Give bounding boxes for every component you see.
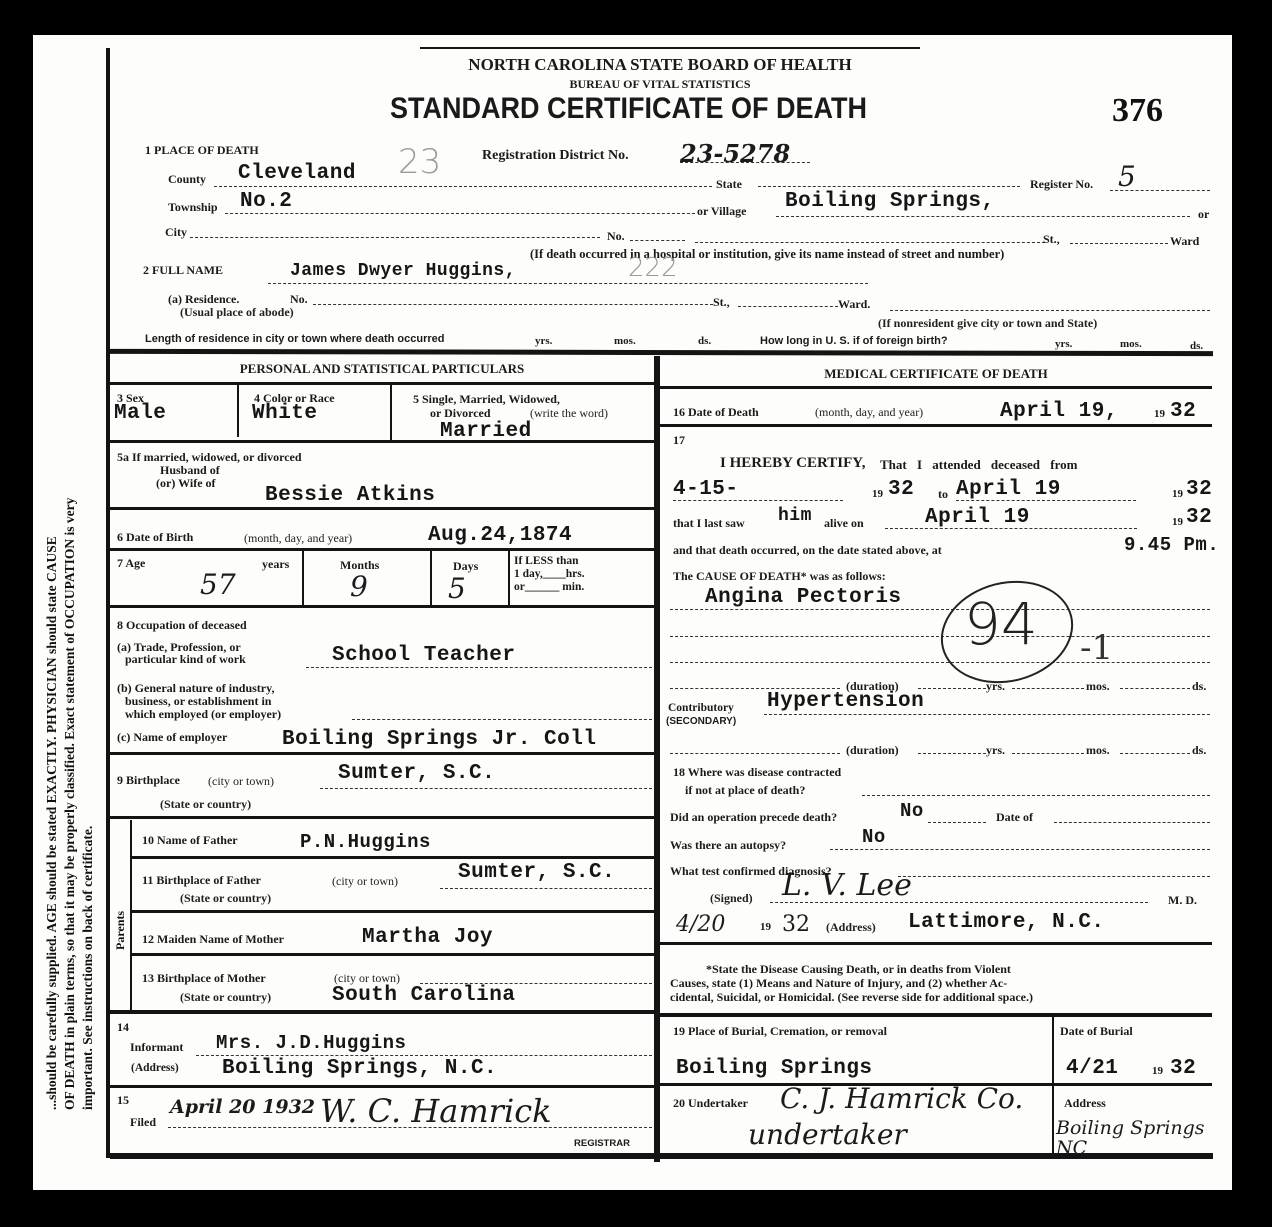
- township-value: No.2: [240, 190, 292, 213]
- burial-date-value: 4/21: [1066, 1057, 1118, 1080]
- duration-ds-label-1: ds.: [1192, 679, 1206, 694]
- pencil-district-number: 23: [398, 142, 441, 182]
- industry-label-3: which employed (or employer): [125, 707, 281, 722]
- cause-footnote-line-2: Causes, state (1) Means and Nature of In…: [670, 976, 1007, 991]
- md-label: M. D.: [1168, 893, 1197, 908]
- county-value: Cleveland: [238, 162, 356, 185]
- burial-year-value: 32: [1170, 1057, 1196, 1080]
- column-divider: [654, 356, 660, 1162]
- sex-value: Male: [114, 402, 166, 425]
- age-years-label: years: [262, 557, 289, 572]
- burial-date-label: Date of Burial: [1060, 1024, 1133, 1039]
- certify-text: That I attended deceased from: [880, 457, 1077, 473]
- burial-place-value: Boiling Springs: [676, 1057, 873, 1080]
- hospital-note: (If death occurred in a hospital or inst…: [530, 247, 1004, 262]
- death-date-value: April 19,: [1000, 400, 1118, 423]
- certificate-number: 376: [1112, 92, 1163, 130]
- filed-date-value: April 20 1932: [170, 1096, 315, 1118]
- last-saw-year-prefix: 19: [1172, 516, 1183, 528]
- informant-address-label: (Address): [131, 1062, 179, 1074]
- burial-year-prefix: 19: [1152, 1065, 1163, 1077]
- duration-mos-label-2: mos.: [1086, 743, 1110, 758]
- or-label: or: [1198, 207, 1209, 222]
- city-label: City: [165, 225, 187, 240]
- last-saw-year-value: 32: [1186, 506, 1212, 529]
- physician-signed-date: 4/20: [676, 912, 725, 937]
- from-year-prefix: 19: [872, 488, 883, 500]
- contributory-label: Contributory: [668, 702, 734, 714]
- nonresident-note: (If nonresident give city or town and St…: [878, 316, 1097, 331]
- village-value: Boiling Springs,: [785, 190, 995, 213]
- duration-yrs-label-1: yrs.: [986, 679, 1005, 694]
- pencil-name-number: 222: [628, 253, 678, 283]
- undertaker-signature: C. J. Hamrick Co.: [780, 1082, 1023, 1115]
- father-state-hint: (State or country): [180, 891, 271, 906]
- death-time-value: 9.45 Pm.: [1124, 534, 1219, 556]
- duration-mos-label-1: mos.: [1086, 679, 1110, 694]
- birthplace-state-hint: (State or country): [160, 797, 251, 812]
- place-of-death-label: 1 PLACE OF DEATH: [145, 143, 259, 158]
- secondary-label: (SECONDARY): [666, 716, 736, 727]
- trade-label-2: particular kind of work: [125, 652, 246, 667]
- death-date-hint: (month, day, and year): [815, 405, 923, 420]
- classification-code-suffix: -1: [1080, 628, 1113, 668]
- less-than-day-label-3: or______ min.: [514, 581, 584, 593]
- date-of-birth-hint: (month, day, and year): [244, 531, 352, 546]
- residence-street-label: St.,: [713, 295, 730, 310]
- birthplace-hint: (city or town): [208, 774, 274, 789]
- bureau-name: BUREAU OF VITAL STATISTICS: [380, 77, 940, 92]
- less-than-day-label-2: 1 day,____hrs.: [514, 568, 585, 580]
- autopsy-value: No: [862, 826, 886, 848]
- duration-yrs-label-2: yrs.: [986, 743, 1005, 758]
- trade-value: School Teacher: [332, 644, 515, 667]
- register-number-value: 5: [1118, 160, 1136, 193]
- employer-value: Boiling Springs Jr. Coll: [282, 728, 596, 751]
- informant-label: Informant: [130, 1040, 183, 1055]
- margin-instruction-line-2: OF DEATH in plain terms, so that it may …: [62, 498, 78, 1110]
- foreign-yrs-label: yrs.: [1055, 338, 1072, 350]
- ward-label: Ward: [1170, 234, 1199, 249]
- alive-on-label: alive on: [824, 516, 864, 531]
- mother-state-hint: (State or country): [180, 990, 271, 1005]
- operation-date-label: Date of: [996, 810, 1033, 825]
- mother-birthplace-label: 13 Birthplace of Mother: [142, 971, 266, 986]
- marital-status-label-2: or Divorced: [430, 406, 491, 421]
- signed-year-prefix: 19: [760, 921, 771, 933]
- mother-name-value: Martha Joy: [362, 926, 493, 949]
- last-saw-label: that I last saw: [673, 516, 745, 531]
- agency-name: NORTH CAROLINA STATE BOARD OF HEALTH: [380, 55, 940, 75]
- physician-address-value: Lattimore, N.C.: [908, 911, 1105, 934]
- item-17-number: 17: [673, 433, 685, 448]
- foreign-birth-label: How long in U. S. if of foreign birth?: [760, 335, 948, 347]
- to-label: to: [938, 487, 948, 502]
- length-yrs-label: yrs.: [535, 335, 552, 347]
- physician-signed-year: 32: [782, 912, 810, 937]
- medical-section-title: MEDICAL CERTIFICATE OF DEATH: [660, 366, 1212, 382]
- certify-heading: I HEREBY CERTIFY,: [720, 455, 865, 472]
- cause-footnote-line-1: *State the Disease Causing Death, or in …: [706, 962, 1011, 977]
- operation-value: No: [900, 800, 924, 822]
- length-mos-label: mos.: [614, 335, 636, 347]
- foreign-mos-label: mos.: [1120, 338, 1142, 350]
- informant-value: Mrs. J.D.Huggins: [216, 1032, 406, 1054]
- last-saw-date: April 19: [925, 506, 1030, 529]
- city-street-label: St.,: [1043, 232, 1060, 247]
- registration-district-value: 23-5278: [680, 139, 790, 168]
- to-year-value: 32: [1186, 478, 1212, 501]
- mother-name-label: 12 Maiden Name of Mother: [142, 932, 284, 947]
- father-birthplace-hint: (city or town): [332, 874, 398, 889]
- full-name-label: 2 FULL NAME: [143, 263, 223, 278]
- burial-place-label: 19 Place of Burial, Cremation, or remova…: [673, 1024, 887, 1039]
- mother-birthplace-value: South Carolina: [332, 984, 515, 1007]
- signed-label: (Signed): [710, 891, 753, 906]
- death-time-label: and that death occurred, on the date sta…: [673, 543, 942, 558]
- death-year-value: 32: [1170, 400, 1196, 423]
- filed-number: 15: [117, 1093, 129, 1108]
- duration-ds-label-2: ds.: [1192, 743, 1206, 758]
- death-date-label: 16 Date of Death: [673, 405, 759, 420]
- length-of-residence-label: Length of residence in city or town wher…: [145, 333, 445, 345]
- date-of-birth-value: Aug.24,1874: [428, 524, 572, 547]
- marital-status-label-1: 5 Single, Married, Widowed,: [413, 392, 560, 407]
- header-rule: [420, 47, 920, 49]
- residence-ward-label: Ward.: [838, 297, 870, 312]
- age-days-value: 5: [448, 572, 466, 605]
- physician-address-label: (Address): [826, 920, 876, 935]
- father-birthplace-label: 11 Birthplace of Father: [142, 873, 261, 888]
- classification-code-value: 94: [964, 590, 1038, 658]
- parents-side-label: Parents: [113, 911, 128, 950]
- county-label: County: [168, 172, 206, 187]
- birthplace-value: Sumter, S.C.: [338, 762, 495, 785]
- employer-label: (c) Name of employer: [117, 730, 227, 745]
- informant-address-value: Boiling Springs, N.C.: [222, 1057, 497, 1080]
- registrar-signature: W. C. Hamrick: [320, 1092, 552, 1130]
- registration-district-label: Registration District No.: [482, 148, 629, 164]
- physician-signature: L. V. Lee: [782, 868, 912, 903]
- undertaker-label: 20 Undertaker: [673, 1096, 748, 1111]
- margin-instruction-line-1: ...should be carefully supplied. AGE sho…: [44, 536, 60, 1110]
- undertaker-title: undertaker: [748, 1118, 907, 1151]
- race-value: White: [252, 402, 318, 425]
- marital-status-label-3: (write the word): [530, 406, 608, 421]
- township-label: Township: [168, 200, 218, 215]
- cause-of-death-label: The CAUSE OF DEATH* was as follows:: [673, 569, 886, 584]
- operation-label: Did an operation precede death?: [670, 810, 837, 825]
- father-birthplace-value: Sumter, S.C.: [458, 861, 615, 884]
- state-label: State: [716, 177, 742, 192]
- full-name-value: James Dwyer Huggins,: [290, 261, 516, 281]
- autopsy-label: Was there an autopsy?: [670, 838, 786, 853]
- register-number-label: Register No.: [1030, 177, 1093, 192]
- age-label: 7 Age: [117, 556, 145, 571]
- disease-contracted-label-2: if not at place of death?: [685, 783, 805, 798]
- from-year-value: 32: [888, 478, 914, 501]
- to-year-prefix: 19: [1172, 488, 1183, 500]
- undertaker-address-value: Boiling Springs NC: [1056, 1118, 1211, 1158]
- birthplace-label: 9 Birthplace: [117, 773, 180, 788]
- registrar-label: REGISTRAR: [574, 1138, 630, 1149]
- length-ds-label: ds.: [698, 335, 711, 347]
- duration-label-2: (duration): [846, 743, 899, 758]
- attended-to-value: April 19: [956, 478, 1061, 501]
- usual-abode-note: (Usual place of abode): [180, 305, 294, 320]
- margin-instruction-line-3: important. See instructions on back of c…: [80, 826, 96, 1110]
- age-months-value: 9: [350, 570, 368, 603]
- disease-contracted-label-1: 18 Where was disease contracted: [673, 765, 841, 780]
- father-name-label: 10 Name of Father: [142, 833, 238, 848]
- filed-label: Filed: [130, 1115, 156, 1130]
- death-year-prefix: 19: [1154, 408, 1165, 420]
- village-label: or Village: [697, 204, 746, 219]
- last-saw-pronoun: him: [778, 506, 812, 526]
- cause-footnote-line-3: cidental, Suicidal, or Homicidal. (See r…: [670, 990, 1033, 1005]
- certificate-title: STANDARD CERTIFICATE OF DEATH: [390, 92, 867, 126]
- occupation-label: 8 Occupation of deceased: [117, 618, 247, 633]
- left-border-line: [106, 48, 110, 1158]
- personal-section-title: PERSONAL AND STATISTICAL PARTICULARS: [110, 361, 654, 377]
- less-than-day-label-1: If LESS than: [514, 555, 579, 567]
- father-name-value: P.N.Huggins: [300, 831, 431, 853]
- city-number-label: No.: [607, 229, 625, 244]
- informant-number: 14: [117, 1020, 129, 1035]
- attended-from-value: 4-15-: [673, 478, 739, 501]
- undertaker-address-label: Address: [1064, 1096, 1106, 1111]
- date-of-birth-label: 6 Date of Birth: [117, 530, 193, 545]
- age-years-value: 57: [200, 568, 236, 601]
- cause-of-death-value: Angina Pectoris: [705, 586, 902, 609]
- spouse-label-3: (or) Wife of: [156, 476, 216, 491]
- spouse-value: Bessie Atkins: [265, 484, 435, 507]
- contributory-value: Hypertension: [767, 690, 924, 713]
